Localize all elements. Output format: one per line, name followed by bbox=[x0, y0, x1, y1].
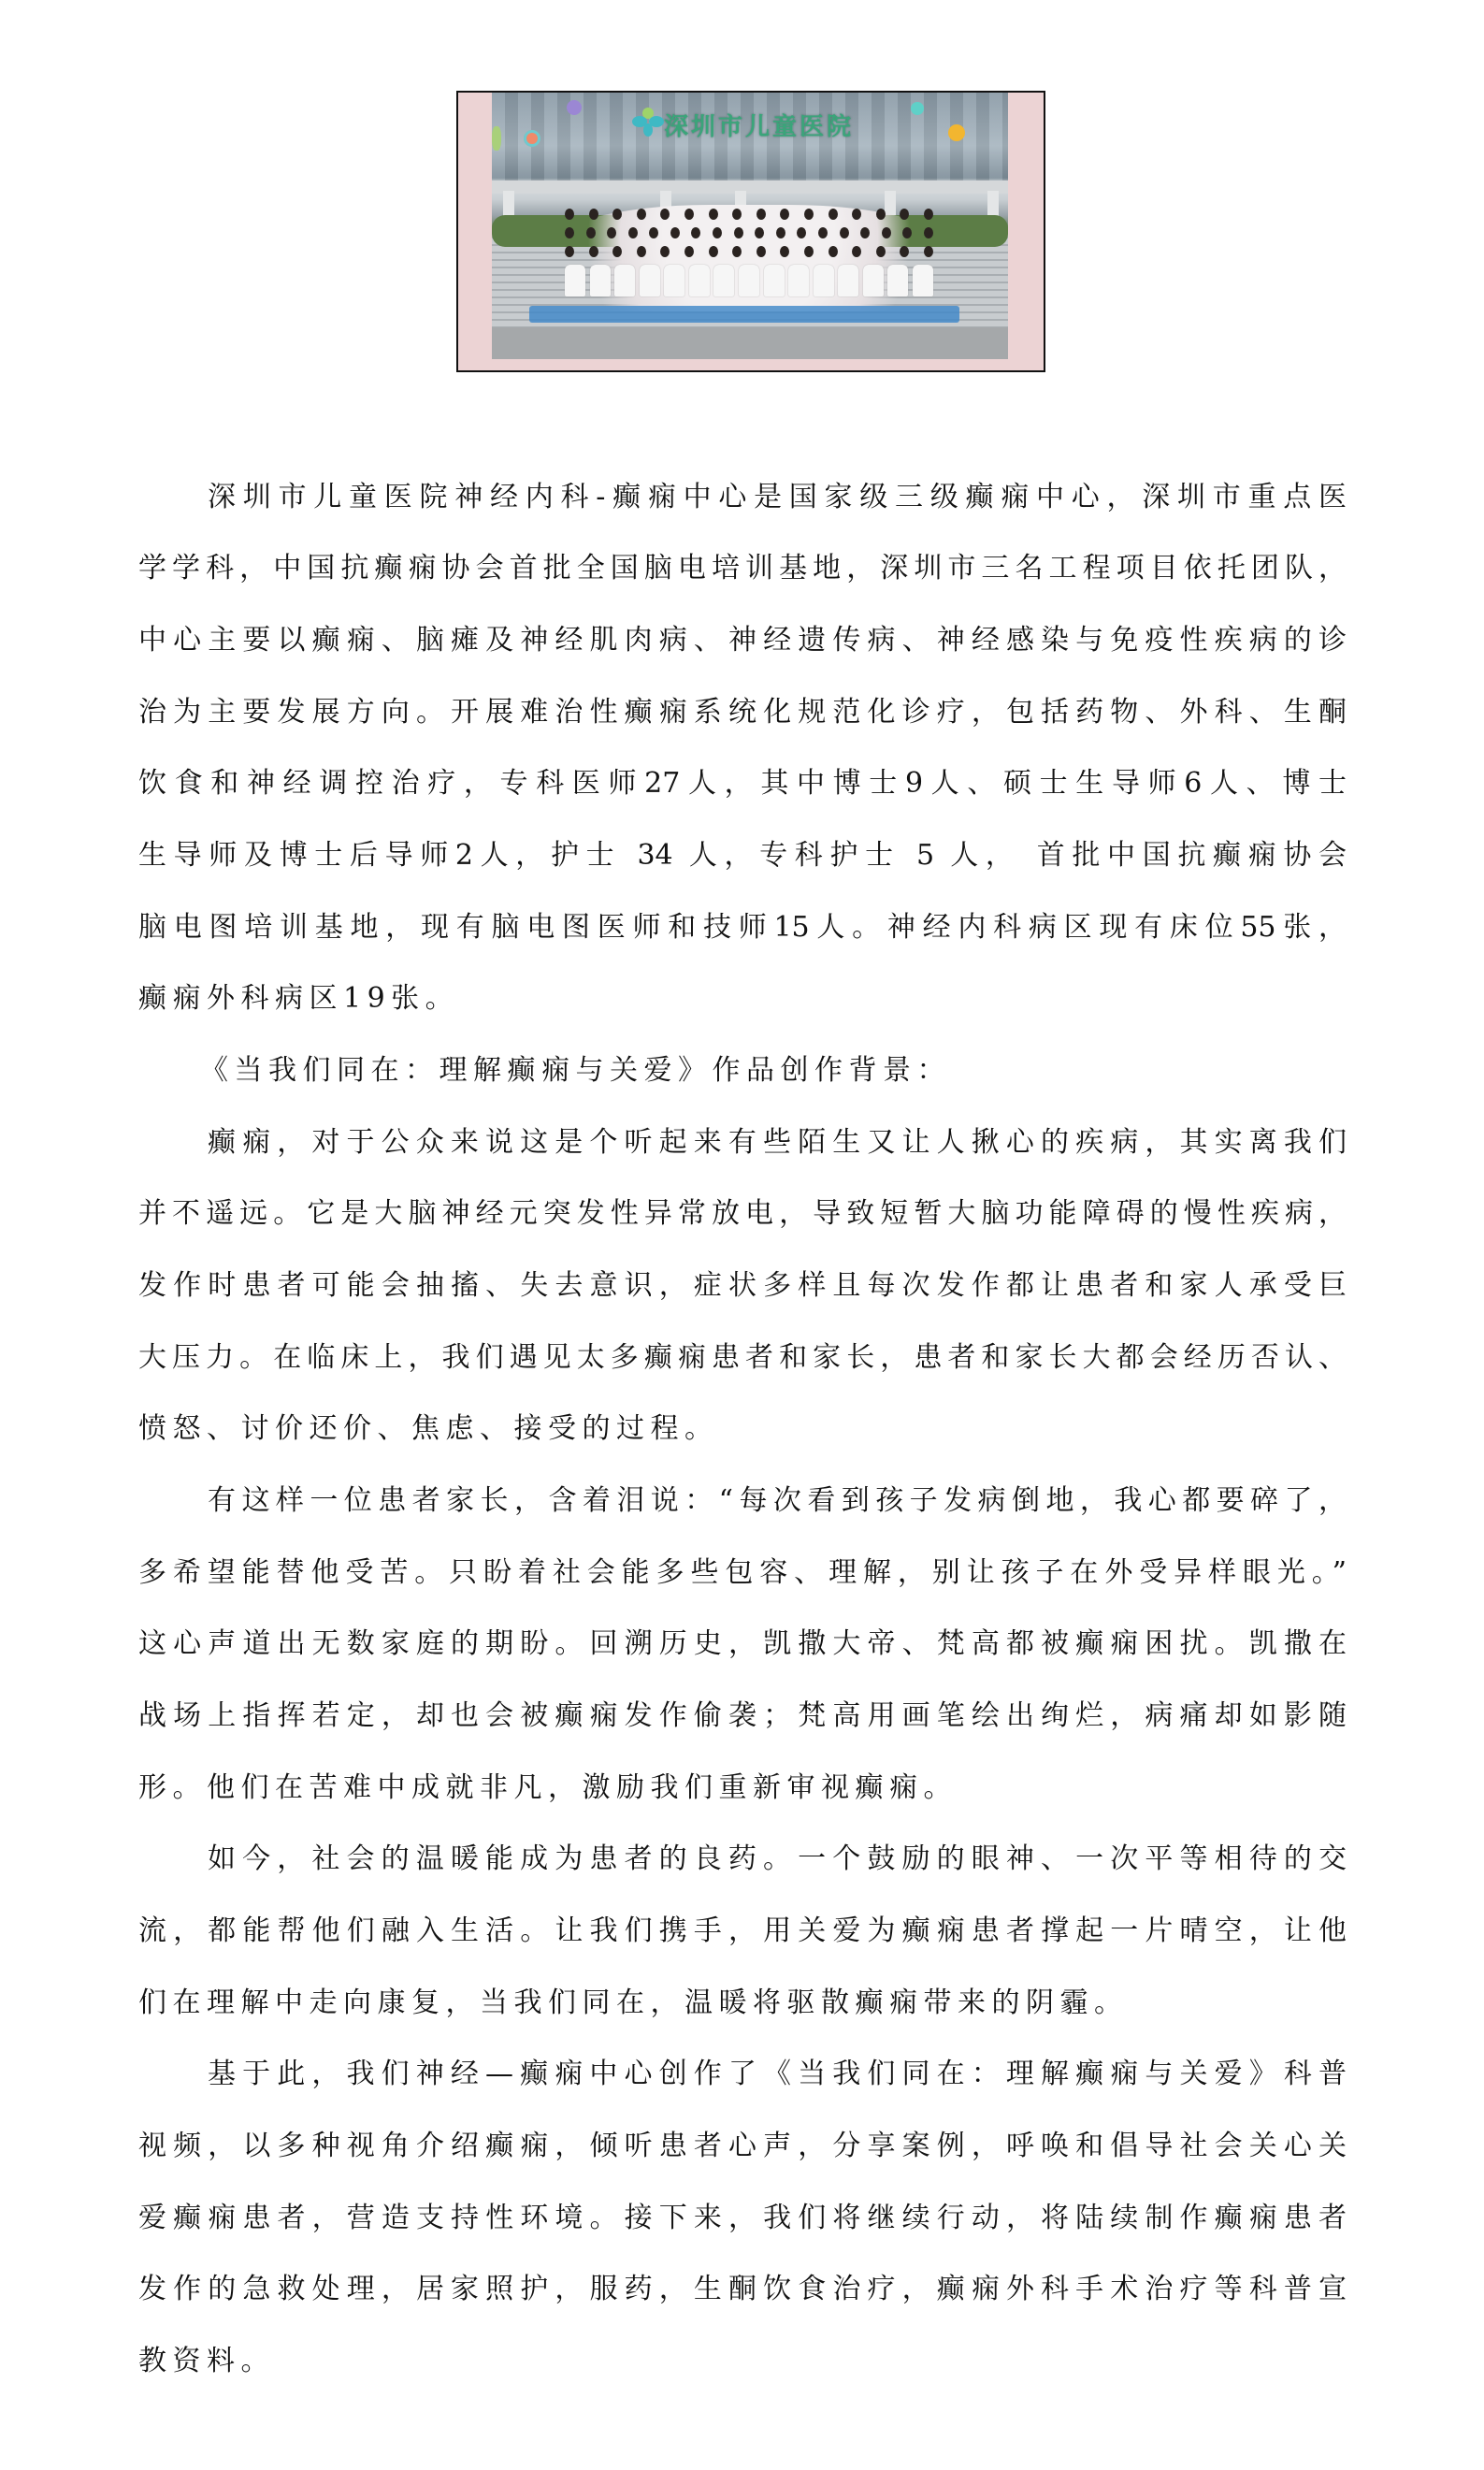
paragraph-line: 流，都能帮他们融入生活。让我们携手，用关爱为癫痫患者撑起一片晴空，让他 bbox=[138, 1913, 1347, 1950]
paragraph-line: 发作的急救处理，居家照护，服药，生酮饮食治疗，癫痫外科手术治疗等科普宣 bbox=[138, 2271, 1347, 2308]
flower-decoration-icon bbox=[567, 100, 582, 115]
paragraph-line: 学学科，中国抗癫痫协会首批全国脑电培训基地，深圳市三名工程项目依托团队， bbox=[138, 550, 1347, 587]
flower-decoration-icon bbox=[911, 102, 924, 115]
hospital-sign: 深圳市儿童医院 bbox=[664, 108, 854, 142]
flower-decoration-icon bbox=[524, 130, 540, 147]
crowd bbox=[548, 205, 950, 311]
paragraph-line: 脑电图培训基地，现有脑电图医师和技师15人。神经内科病区现有床位55张， bbox=[138, 909, 1347, 946]
paragraph-line: 发作时患者可能会抽搐、失去意识，症状多样且每次发作都让患者和家人承受巨 bbox=[138, 1267, 1347, 1305]
stools bbox=[529, 306, 959, 323]
paragraph-line: 多希望能替他受苦。只盼着社会能多些包容、理解，别让孩子在外受异样眼光。” bbox=[138, 1554, 1347, 1592]
paragraph-line: 教资料。 bbox=[138, 2343, 1347, 2380]
paragraph-line: 视频，以多种视角介绍癫痫，倾听患者心声，分享案例，呼唤和倡导社会关心关 bbox=[138, 2128, 1347, 2165]
paragraph-line: 生导师及博士后导师2人，护士 34 人，专科护士 5 人， 首批中国抗癫痫协会 bbox=[138, 837, 1347, 874]
flower-decoration-icon bbox=[492, 126, 501, 151]
section-title: 《当我们同在：理解癫痫与关爱》作品创作背景： bbox=[200, 1052, 1339, 1090]
paragraph-line: 形。他们在苦难中成就非凡，激励我们重新审视癫痫。 bbox=[138, 1769, 1347, 1807]
paragraph-line: 癫痫，对于公众来说这是个听起来有些陌生又让人揪心的疾病，其实离我们 bbox=[208, 1124, 1347, 1162]
paragraph-line: 基于此，我们神经—癫痫中心创作了《当我们同在：理解癫痫与关爱》科普 bbox=[208, 2056, 1347, 2093]
crowd-row-front bbox=[565, 265, 933, 296]
canopy bbox=[492, 181, 1008, 194]
crowd-row bbox=[565, 227, 933, 238]
paragraph-line: 有这样一位患者家长，含着泪说：“每次看到孩子发病倒地，我心都要碎了， bbox=[208, 1482, 1347, 1520]
paragraph-line: 们在理解中走向康复，当我们同在，温暖将驱散癫痫带来的阴霾。 bbox=[138, 1985, 1347, 2022]
paragraph-line: 爱癫痫患者，营造支持性环境。接下来，我们将继续行动，将陆续制作癫痫患者 bbox=[138, 2200, 1347, 2237]
group-photo: 深圳市儿童医院 bbox=[492, 93, 1008, 359]
flower-decoration-icon bbox=[948, 124, 965, 141]
paragraph-line: 癫痫外科病区19张。 bbox=[138, 980, 1347, 1018]
photo-frame: 深圳市儿童医院 bbox=[456, 91, 1045, 372]
paragraph-line: 大压力。在临床上，我们遇见太多癫痫患者和家长，患者和家长大都会经历否认、 bbox=[138, 1339, 1347, 1377]
paragraph-line: 这心声道出无数家庭的期盼。回溯历史，凯撒大帝、梵高都被癫痫困扰。凯撒在 bbox=[138, 1625, 1347, 1663]
paragraph-line: 治为主要发展方向。开展难治性癫痫系统化规范化诊疗，包括药物、外科、生酮 bbox=[138, 694, 1347, 731]
hospital-logo-icon bbox=[632, 106, 664, 137]
paragraph-line: 深圳市儿童医院神经内科-癫痫中心是国家级三级癫痫中心，深圳市重点医 bbox=[208, 479, 1347, 516]
crowd-row bbox=[565, 246, 933, 257]
paragraph-line: 战场上指挥若定，却也会被癫痫发作偷袭；梵高用画笔绘出绚烂，病痛却如影随 bbox=[138, 1697, 1347, 1735]
paragraph-line: 愤怒、讨价还价、焦虑、接受的过程。 bbox=[138, 1410, 1347, 1448]
ground bbox=[492, 327, 1008, 359]
paragraph-line: 并不遥远。它是大脑神经元突发性异常放电，导致短暂大脑功能障碍的慢性疾病， bbox=[138, 1195, 1347, 1233]
crowd-row bbox=[565, 209, 933, 220]
paragraph-line: 饮食和神经调控治疗，专科医师27人，其中博士9人、硕士生导师6人、博士 bbox=[138, 765, 1347, 802]
paragraph-line: 如今，社会的温暖能成为患者的良药。一个鼓励的眼神、一次平等相待的交 bbox=[208, 1841, 1347, 1878]
paragraph-line: 中心主要以癫痫、脑瘫及神经肌肉病、神经遗传病、神经感染与免疫性疾病的诊 bbox=[138, 622, 1347, 659]
